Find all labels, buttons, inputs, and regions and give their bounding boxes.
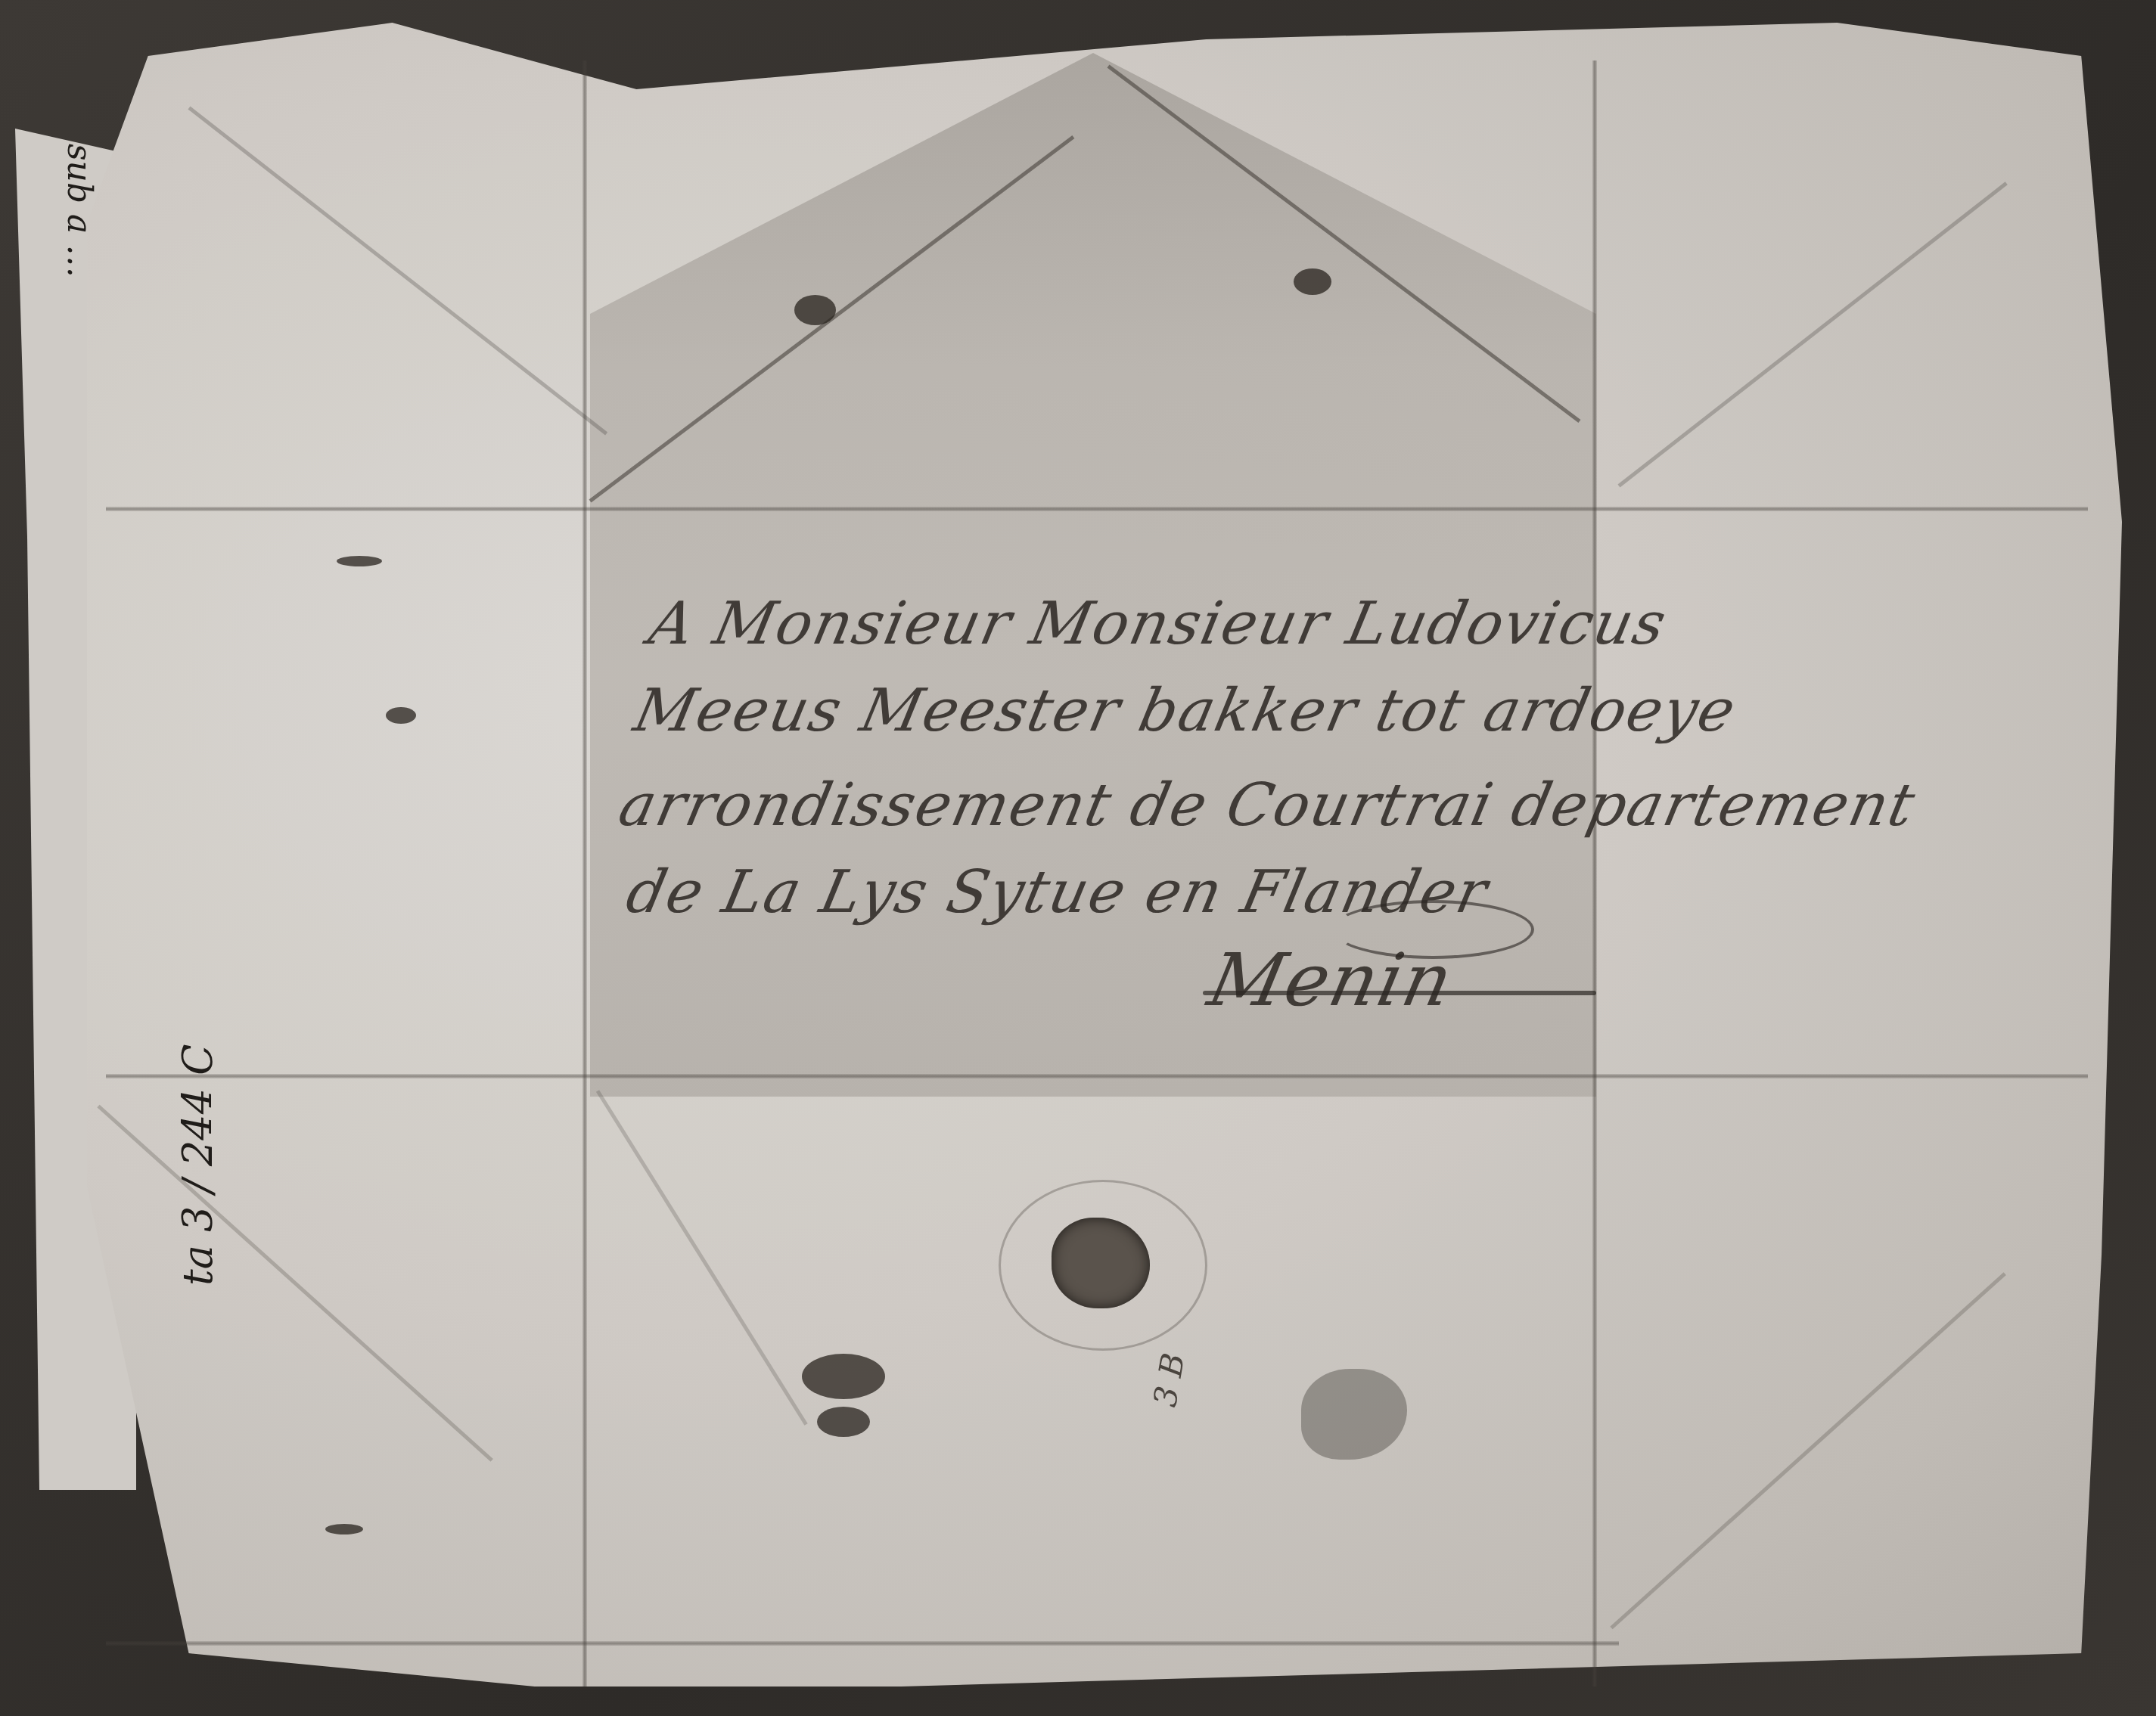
ink-mark	[386, 707, 416, 724]
address-line-1: A Monsieur Monsieur Ludovicus	[643, 590, 1673, 658]
pin-hole	[794, 295, 836, 325]
address-line-2: Meeus Meester bakker tot ardoeye	[628, 677, 1742, 745]
pin-hole	[1294, 268, 1331, 295]
ink-mark	[325, 1524, 363, 1534]
fold-line-lower	[106, 1074, 2088, 1078]
loop-flourish	[1331, 900, 1534, 959]
ink-stain	[802, 1354, 885, 1399]
wax-seal-hole	[1052, 1218, 1150, 1308]
fold-line-left	[582, 61, 587, 1687]
address-line-3: arrondissement de Courtrai departement	[613, 771, 1921, 839]
fold-line-bottom	[106, 1641, 1619, 1646]
ink-mark	[337, 556, 382, 566]
fold-line-upper	[106, 507, 2088, 511]
underline-flourish	[1203, 991, 1596, 995]
margin-note-bottom: ta 3 / 244 C	[174, 1044, 222, 1286]
fold-line-right	[1592, 61, 1597, 1687]
ink-stain	[817, 1407, 870, 1437]
margin-note-top: sub a …	[60, 144, 98, 278]
